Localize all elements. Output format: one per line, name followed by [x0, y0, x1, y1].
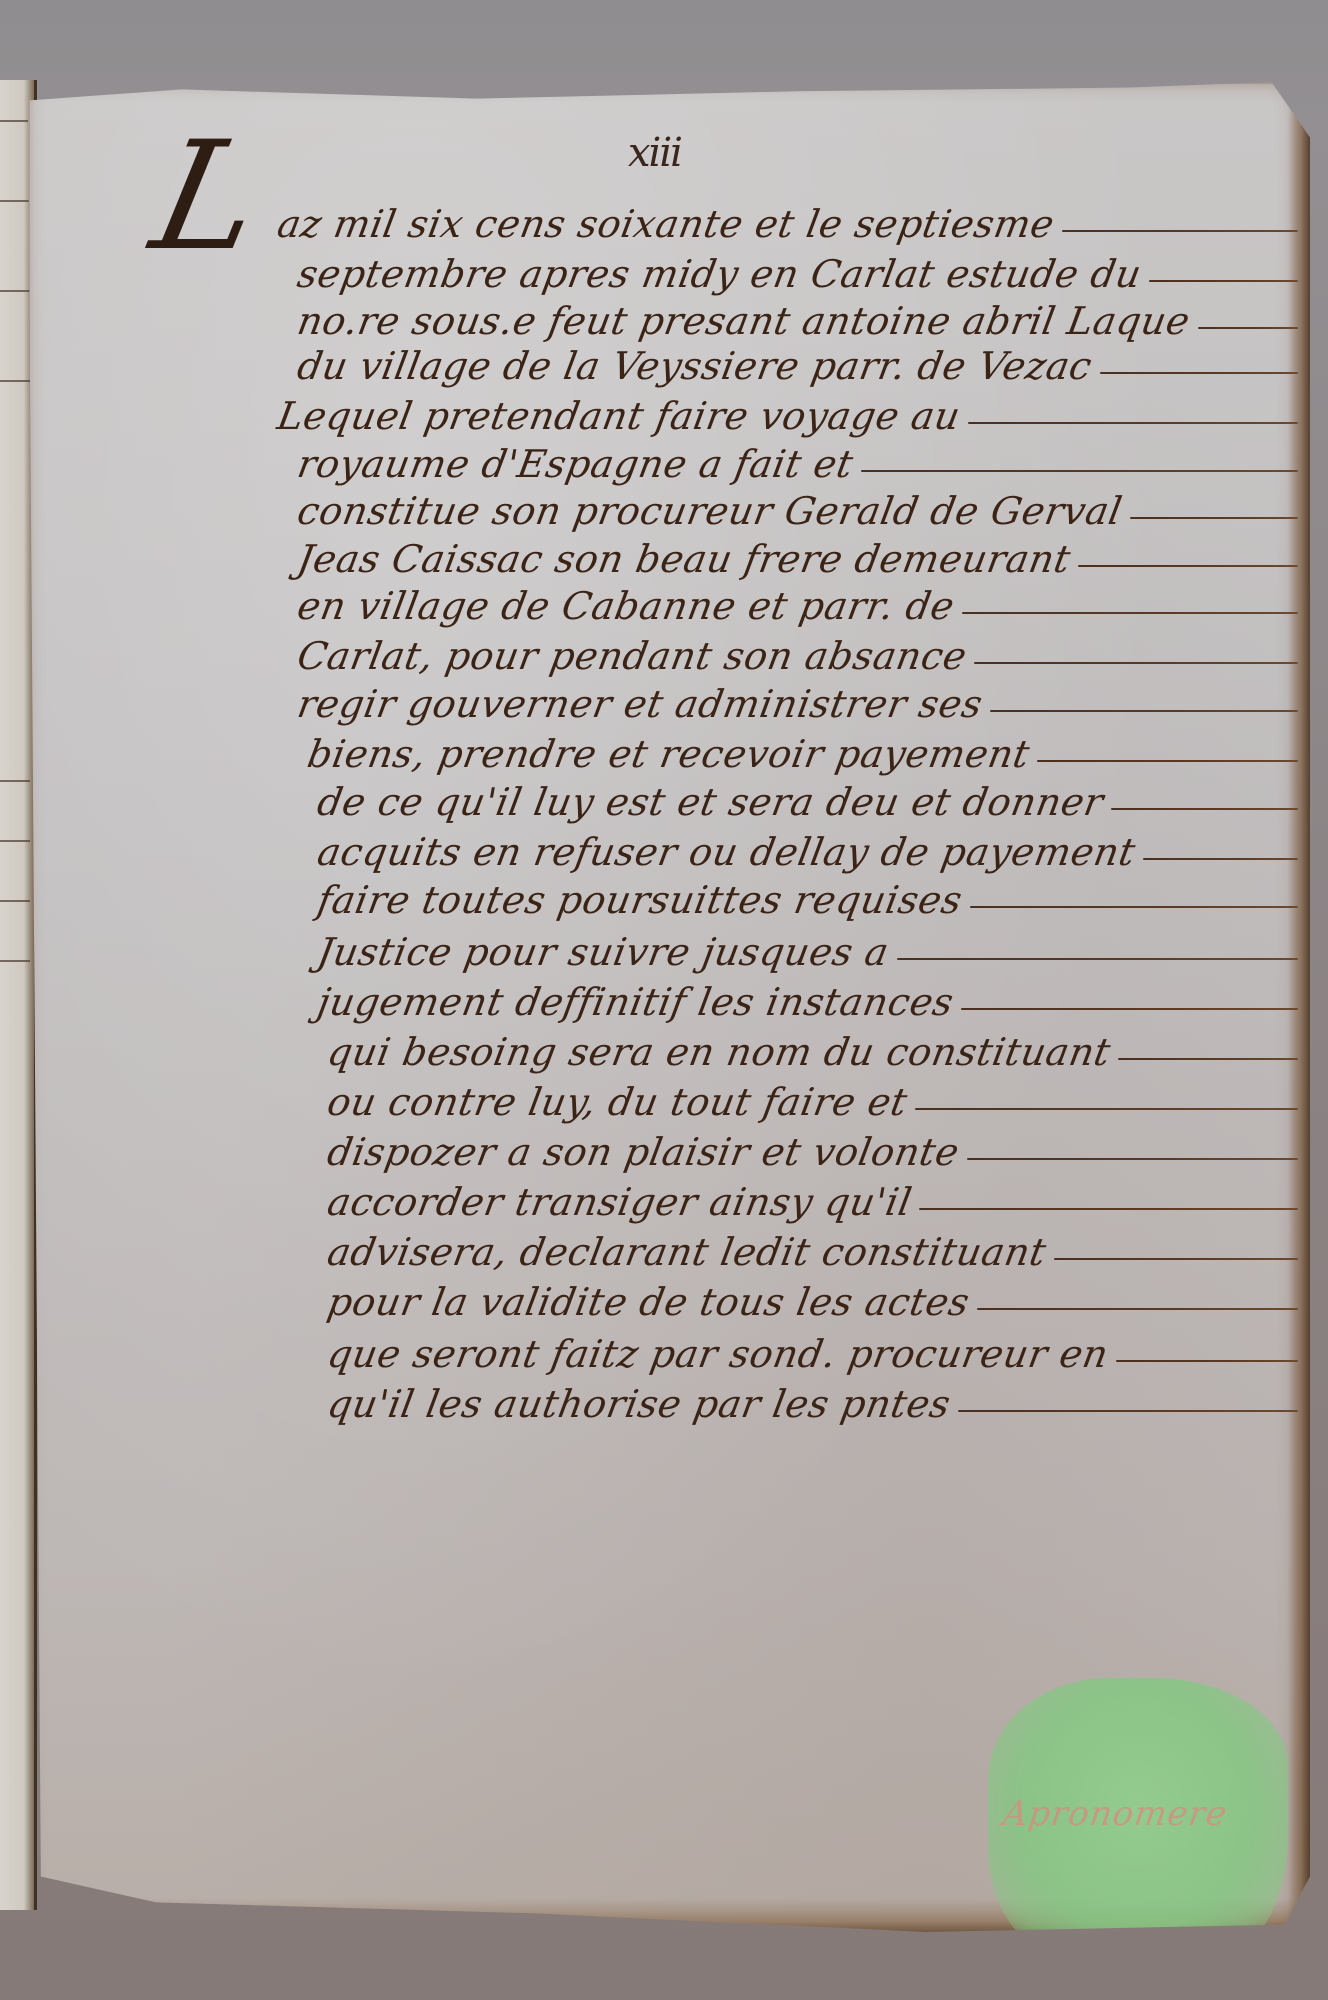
line-filler-stroke	[974, 662, 1298, 664]
line-filler-stroke	[977, 1308, 1298, 1310]
line-filler-stroke	[961, 1008, 1298, 1010]
ruled-line-mark	[0, 290, 30, 292]
line-filler-stroke	[1037, 760, 1298, 762]
text-line: az mil six cens soixante et le septiesme	[278, 190, 1298, 246]
text-line: jugement deffinitif les instances	[318, 968, 1298, 1024]
text-line: dispozer a son plaisir et volonte	[328, 1118, 1298, 1174]
ruled-line-mark	[0, 900, 30, 902]
line-filler-stroke	[861, 470, 1298, 472]
text-line: Justice pour suivre jusques a	[318, 918, 1298, 974]
ruled-line-mark	[0, 120, 30, 122]
text-line: faire toutes poursuittes requises	[318, 866, 1298, 922]
line-filler-stroke	[1198, 327, 1298, 329]
line-filler-stroke	[1054, 1258, 1298, 1260]
line-filler-stroke	[1130, 517, 1298, 519]
text-line: advisera, declarant ledit constituant	[328, 1218, 1298, 1274]
ruled-line-mark	[0, 780, 30, 782]
text-line: ou contre luy, du tout faire et	[328, 1068, 1298, 1124]
line-filler-stroke	[1118, 1058, 1298, 1060]
text-line: en village de Cabanne et parr. de	[298, 572, 1298, 628]
line-filler-stroke	[962, 612, 1298, 614]
photo-stage: xiii L az mil six cens soixante et le se…	[0, 0, 1328, 2000]
line-filler-stroke	[968, 422, 1298, 424]
line-filler-stroke	[919, 1208, 1298, 1210]
line-filler-stroke	[1100, 372, 1298, 374]
line-filler-stroke	[915, 1108, 1298, 1110]
manuscript-page: xiii L az mil six cens soixante et le se…	[28, 82, 1310, 1932]
line-filler-stroke	[1111, 808, 1298, 810]
text-line: pour la validite de tous les actes	[328, 1268, 1298, 1324]
text-line: regir gouverner et administrer ses	[298, 670, 1298, 726]
text-line: qui besoing sera en nom du constituant	[328, 1018, 1298, 1074]
line-filler-stroke	[897, 958, 1298, 960]
line-filler-stroke	[1116, 1360, 1298, 1362]
handwritten-text: az mil six cens soixante et le septiesme…	[28, 82, 1310, 1932]
ruled-line-mark	[0, 840, 30, 842]
line-filler-stroke	[1149, 280, 1298, 282]
line-filler-stroke	[990, 710, 1298, 712]
watermark-stamp: Apronomere	[1000, 1794, 1230, 1834]
text-line: de ce qu'il luy est et sera deu et donne…	[318, 768, 1298, 824]
line-filler-stroke	[1143, 858, 1298, 860]
text-line: accorder transiger ainsy qu'il	[328, 1168, 1298, 1224]
text-line: qu'il les authorise par les pntes	[328, 1370, 1298, 1426]
line-filler-stroke	[967, 1158, 1298, 1160]
ruled-line-mark	[0, 200, 30, 202]
line-filler-stroke	[1062, 230, 1298, 232]
text-line: que seront faitz par sond. procureur en	[328, 1320, 1298, 1376]
ruled-line-mark	[0, 380, 30, 382]
text-line: du village de la Veyssiere parr. de Veza…	[298, 332, 1298, 388]
line-filler-stroke	[958, 1410, 1298, 1412]
line-filler-stroke	[1078, 565, 1298, 567]
line-filler-stroke	[970, 906, 1298, 908]
ruled-line-mark	[0, 960, 30, 962]
